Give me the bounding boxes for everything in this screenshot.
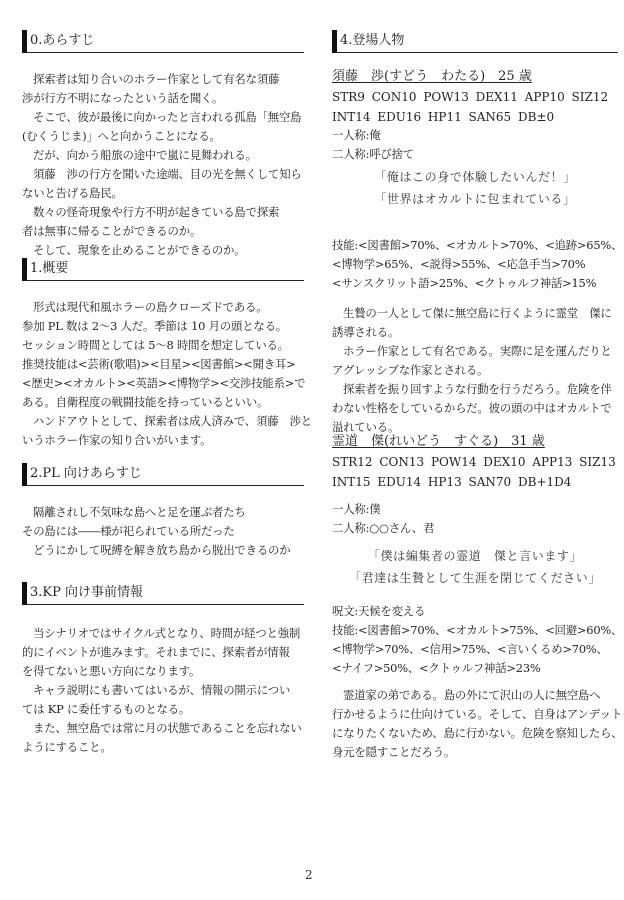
first-person-pronoun: 一人称:俺 [332, 126, 618, 145]
section-title: 0.あらすじ [30, 33, 94, 49]
text-line: 参加 PL 数は 2〜3 人だ。季節は 10 月の頭となる。 [22, 317, 304, 336]
page-number: 2 [305, 868, 313, 882]
text-line: になりたくないため、島に行かない。危険を察知したら、 [332, 724, 618, 743]
character-skills: 技能:<図書館>70%、<オカルト>70%、<追跡>65%、 <博物学>65%、… [332, 236, 618, 293]
second-person-pronoun: 二人称:○○さん、君 [332, 519, 618, 538]
skills-line: <ナイフ>50%、<クトゥルフ神話>23% [332, 659, 618, 678]
text-line: いうホラー作家の知り合いがいます。 [22, 431, 304, 450]
text-line: 須藤 渉の行方を聞いた途端、目の光を無くして知ら [22, 165, 304, 184]
text-line: だが、向かう船旅の途中で嵐に見舞われる。 [22, 146, 304, 165]
kp-info-paragraph: 当シナリオではサイクル式となり、時間が経つと強制 的にイベントが進みます。それま… [22, 624, 304, 757]
text-line: 形式は現代和風ホラーの島クローズドである。 [22, 298, 304, 317]
section-title: 3.KP 向け事前情報 [30, 585, 143, 601]
character-spells-skills: 呪文:天候を変える 技能:<図書館>70%、<オカルト>75%、<回避>60%、… [332, 602, 618, 678]
text-line: 行かせるように仕向けている。そして、自身はアンデット [332, 705, 618, 724]
character-stats-line1: STR12 CON13 POW14 DEX10 APP13 SIZ13 [332, 452, 616, 472]
heading-marker-bar [22, 30, 27, 53]
character-quote: 「君達は生贄として生涯を閉じてください」 [332, 568, 618, 588]
text-line: アグレッシブな作家とされる。 [332, 361, 618, 380]
text-line: 誘導される。 [332, 323, 618, 342]
text-line: ないと告げる島民。 [22, 184, 304, 203]
text-line: そこで、彼が最後に向かったと言われる孤島「無空島 [22, 108, 304, 127]
skills-line: <サンスクリット語>25%、<クトゥルフ神話>15% [332, 274, 618, 293]
text-line: ホラー作家として有名である。実際に足を運んだりと [332, 342, 618, 361]
overview-paragraph: 形式は現代和風ホラーの島クローズドである。 参加 PL 数は 2〜3 人だ。季節… [22, 298, 304, 450]
text-line: わない性格をしているからだ。彼の頭の中はオカルトで [332, 399, 618, 418]
heading-marker-bar [22, 258, 27, 281]
text-line: 霊道家の弟である。島の外にて沢山の人に無空島へ [332, 686, 618, 705]
text-line: 身元を隠すことだろう。 [332, 743, 618, 762]
text-line: 隔離されし不気味な島へと足を運ぶ者たち [22, 503, 304, 522]
text-line: <歴史><オカルト><英語><博物学><交渉技能系>で [22, 374, 304, 393]
text-line: 推奨技能は<芸術(歌唱)><目星><図書館><聞き耳> [22, 355, 304, 374]
text-line: (むくうじま)」へと向かうことになる。 [22, 127, 304, 146]
text-line: 探索者を振り回すような行動を行うだろう。危険を伴 [332, 380, 618, 399]
character-stats-line2: INT15 EDU14 HP13 SAN70 DB+1D4 [332, 472, 571, 492]
text-line: 渉が行方不明になったという話を聞く。 [22, 89, 304, 108]
text-line: キャラ説明にも書いてはいるが、情報の開示につい [22, 681, 304, 700]
character-description: 霊道家の弟である。島の外にて沢山の人に無空島へ 行かせるように仕向けている。そし… [332, 686, 618, 762]
text-line: どうにかして呪縛を解き放ち島から脱出できるのか [22, 541, 304, 560]
heading-marker-bar [22, 582, 27, 605]
section-heading-overview: 1.概要 [22, 258, 304, 281]
character-quote: 「俺はこの身で体験したいんだ！」 [332, 167, 618, 187]
text-line: また、無空島では常に月の状態であることを忘れない [22, 719, 304, 738]
skills-line: <博物学>65%、<説得>55%、<応急手当>70% [332, 255, 618, 274]
section-title: 4.登場人物 [340, 33, 404, 49]
character-stats-line1: STR9 CON10 POW13 DEX11 APP10 SIZ12 [332, 87, 608, 107]
text-line: を得てないと悪い方向になります。 [22, 662, 304, 681]
text-line: セッション時間としては 5〜8 時間を想定している。 [22, 336, 304, 355]
text-line: 的にイベントが進みます。それまでに、探索者が情報 [22, 643, 304, 662]
section-heading-pl-synopsis: 2.PL 向けあらすじ [22, 463, 304, 486]
spell-line: 呪文:天候を変える [332, 602, 618, 621]
text-line: ては KP に委任するものとなる。 [22, 700, 304, 719]
skills-line: 技能:<図書館>70%、<オカルト>75%、<回避>60%、 [332, 621, 618, 640]
character-description: 生贄の一人として傑に無空島に行くように霊堂 傑に 誘導される。 ホラー作家として… [332, 304, 618, 437]
text-line: 数々の怪奇現象や行方不明が起きている島で探索 [22, 203, 304, 222]
heading-marker-bar [22, 463, 27, 486]
text-line: ある。自衛程度の戦闘技能を持っているといい。 [22, 393, 304, 412]
text-line: その島には――様が祀られている所だった [22, 522, 304, 541]
section-heading-synopsis: 0.あらすじ [22, 30, 304, 53]
character-name: 須藤 渉(すどう わたる) 25 歳 [332, 68, 532, 86]
character-stats-line2: INT14 EDU16 HP11 SAN65 DB±0 [332, 107, 554, 127]
section-title: 1.概要 [30, 261, 68, 277]
text-line: 生贄の一人として傑に無空島に行くように霊堂 傑に [332, 304, 618, 323]
text-line: 当シナリオではサイクル式となり、時間が経つと強制 [22, 624, 304, 643]
skills-line: 技能:<図書館>70%、<オカルト>70%、<追跡>65%、 [332, 236, 618, 255]
heading-marker-bar [332, 30, 337, 53]
text-line: 者は無事に帰ることができるのか。 [22, 222, 304, 241]
character-quote: 「僕は編集者の霊道 傑と言います」 [332, 546, 618, 566]
text-line: ハンドアウトとして、探索者は成人済みで、須藤 渉と [22, 412, 304, 431]
section-heading-kp-info: 3.KP 向け事前情報 [22, 582, 304, 605]
second-person-pronoun: 二人称:呼び捨て [332, 145, 618, 164]
pl-synopsis-paragraph: 隔離されし不気味な島へと足を運ぶ者たち その島には――様が祀られている所だった … [22, 503, 304, 560]
section-title: 2.PL 向けあらすじ [30, 466, 142, 482]
character-quote: 「世界はオカルトに包まれている」 [332, 189, 618, 209]
text-line: ようにすること。 [22, 738, 304, 757]
character-pronouns: 一人称:俺 二人称:呼び捨て [332, 126, 618, 164]
section-heading-characters: 4.登場人物 [332, 30, 618, 53]
text-line: 探索者は知り合いのホラー作家として有名な須藤 [22, 70, 304, 89]
first-person-pronoun: 一人称:僕 [332, 500, 618, 519]
character-name: 霊道 傑(れいどう すぐる) 31 歳 [332, 433, 545, 451]
skills-line: <博物学>70%、<信用>75%、<言いくるめ>70%、 [332, 640, 618, 659]
synopsis-paragraph: 探索者は知り合いのホラー作家として有名な須藤 渉が行方不明になったという話を聞く… [22, 70, 304, 260]
character-pronouns: 一人称:僕 二人称:○○さん、君 [332, 500, 618, 538]
